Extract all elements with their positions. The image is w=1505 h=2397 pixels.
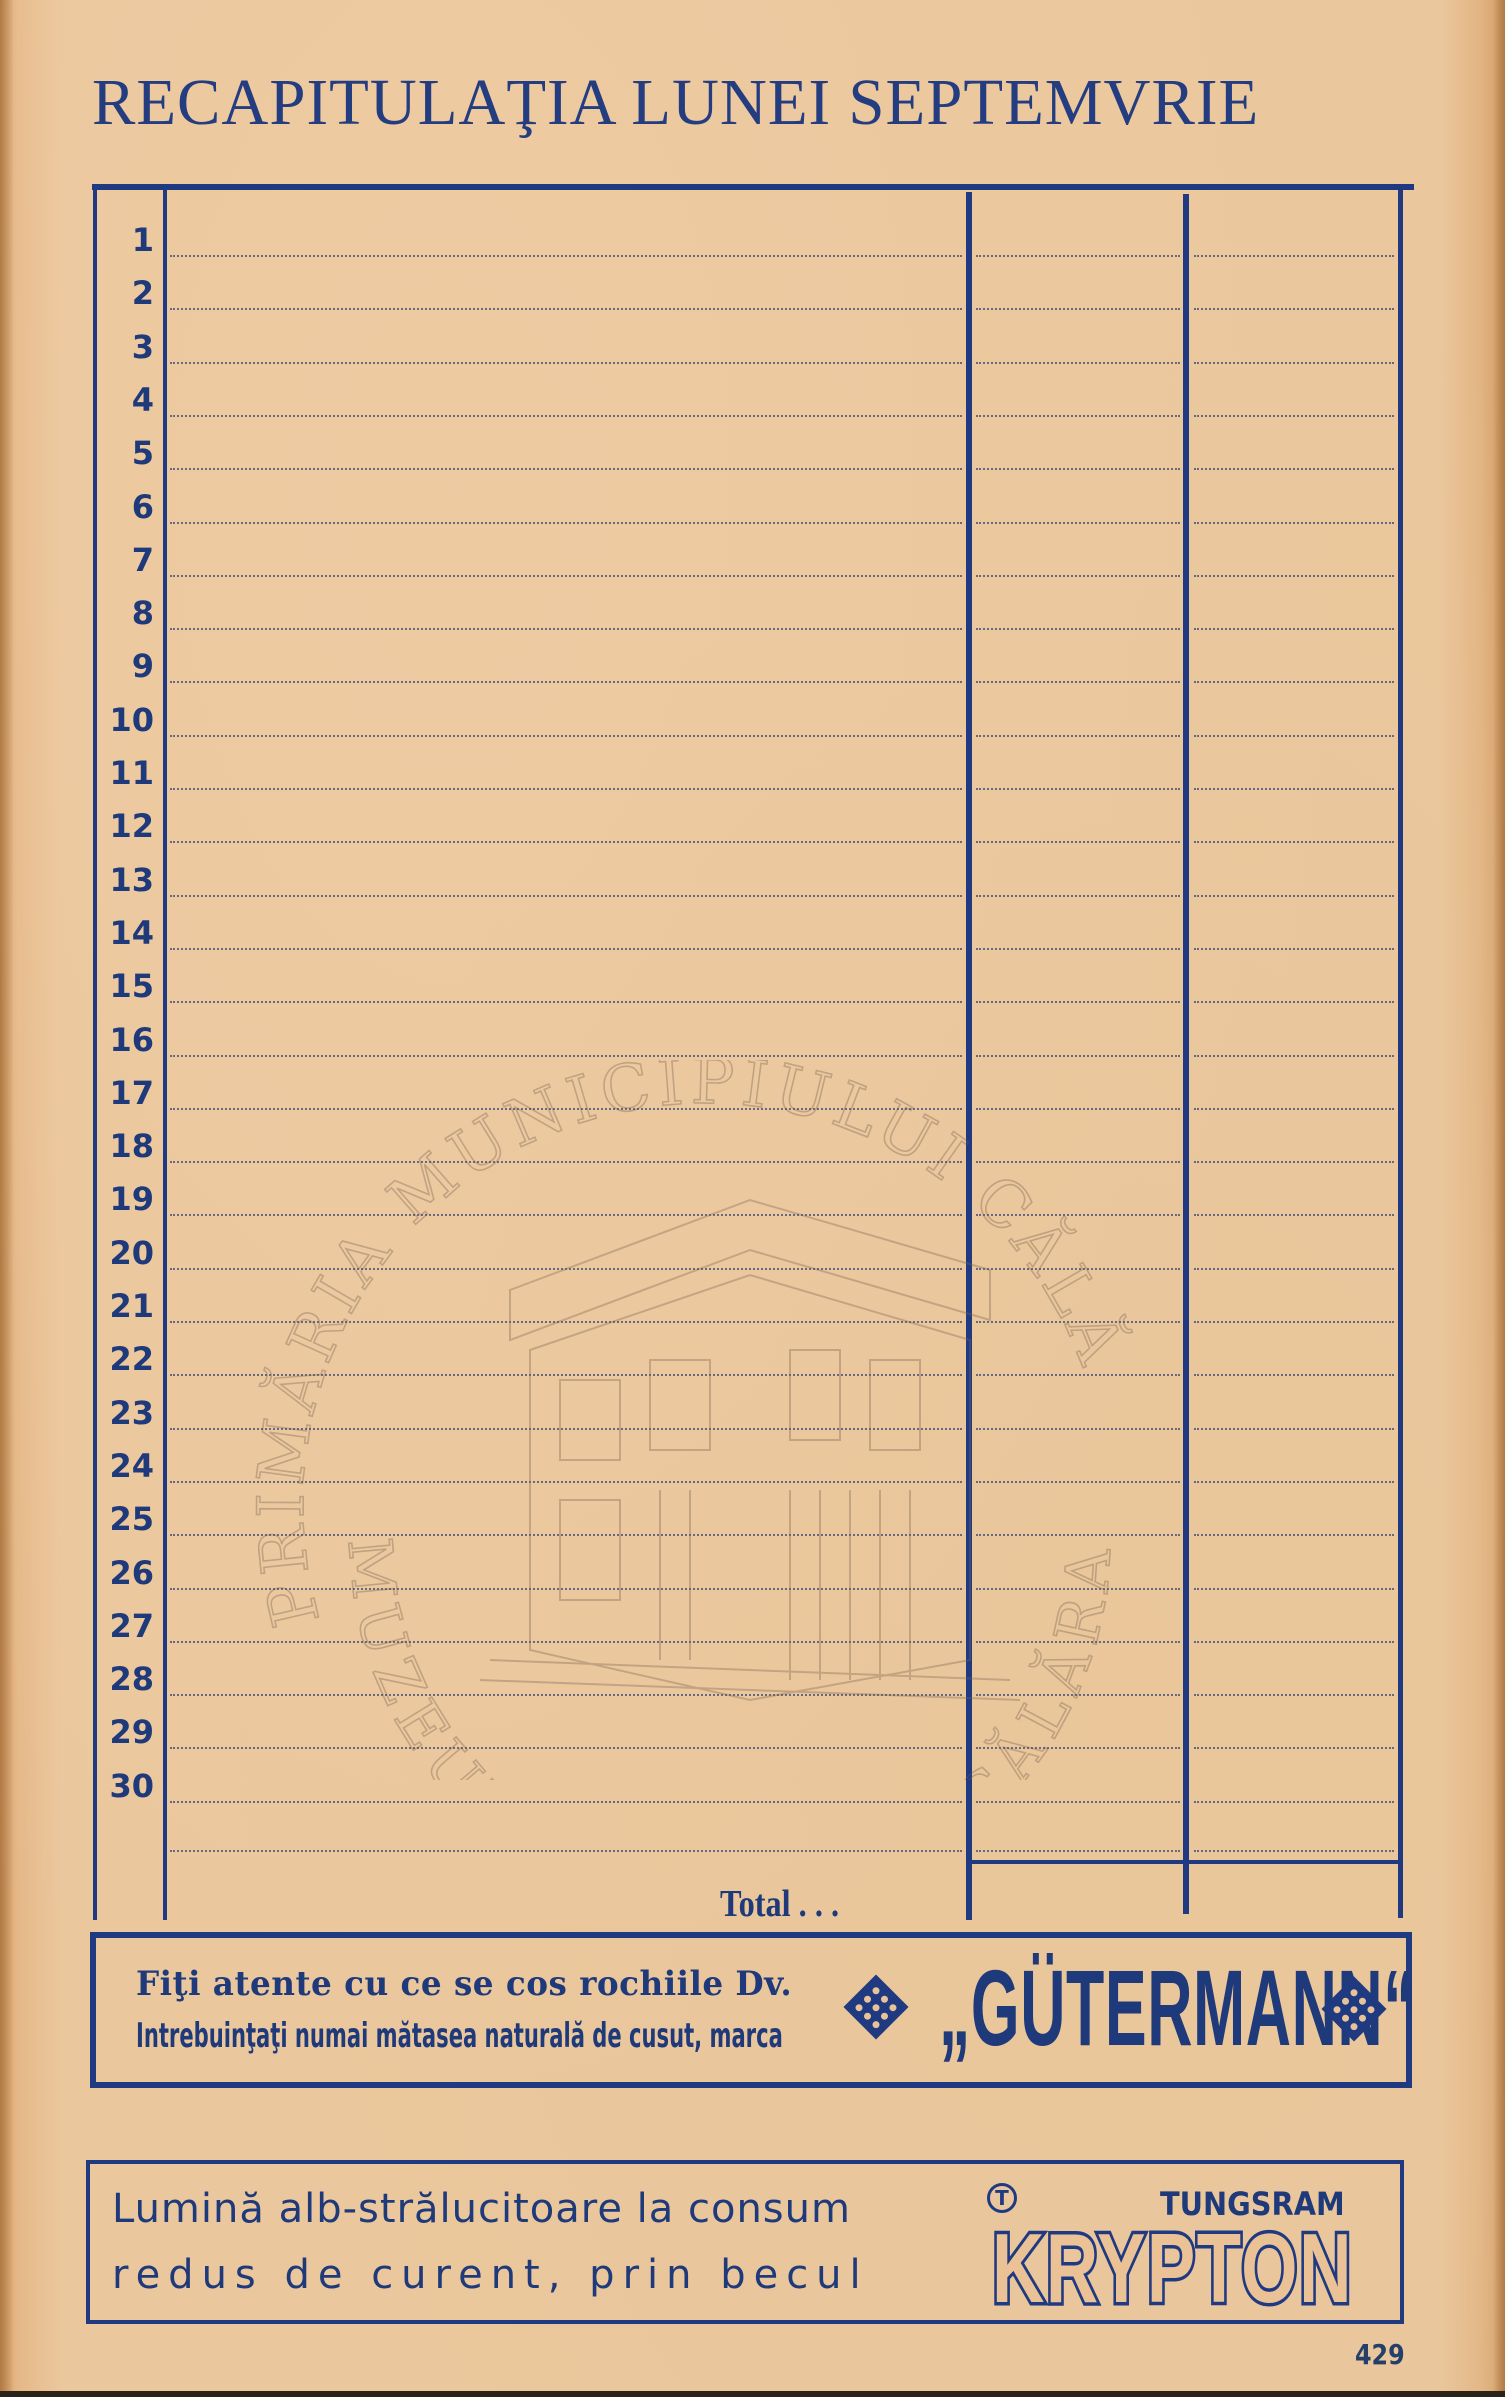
extra-entry-line[interactable] [1194, 1850, 1394, 1852]
amount-2-cell-line[interactable] [1194, 1214, 1394, 1216]
amount-2-cell-line[interactable] [1194, 1001, 1394, 1003]
row-number: 18 [96, 1128, 154, 1164]
amount-2-cell-line[interactable] [1194, 788, 1394, 790]
description-cell-line[interactable] [170, 681, 962, 683]
row-number: 6 [96, 489, 154, 525]
row-number: 11 [96, 755, 154, 791]
tungsram-logo-icon: T [987, 2183, 1017, 2213]
row-number: 7 [96, 542, 154, 578]
amount-1-cell-line[interactable] [976, 1588, 1180, 1590]
amount-2-cell-line[interactable] [1194, 735, 1394, 737]
amount-1-cell-line[interactable] [976, 735, 1180, 737]
amount-1-cell-line[interactable] [976, 1534, 1180, 1536]
description-cell-line[interactable] [170, 255, 962, 257]
description-cell-line[interactable] [170, 1214, 962, 1216]
row-number: 4 [96, 382, 154, 418]
watermark-bottom-text: MUZEUL MUNICIPAL CĂLĂRAŞI [230, 1060, 1126, 1780]
amount-2-cell-line[interactable] [1194, 1055, 1394, 1057]
amount-1-cell-line[interactable] [976, 1268, 1180, 1270]
amount-2-cell-line[interactable] [1194, 1268, 1394, 1270]
description-cell-line[interactable] [170, 1641, 962, 1643]
page-right-edge [1493, 0, 1505, 2397]
ad-line-2: Intrebuinţaţi numai mătasea naturală de … [136, 2016, 783, 2056]
amount-2-cell-line[interactable] [1194, 1534, 1394, 1536]
amount-1-cell-line[interactable] [976, 841, 1180, 843]
table-right-border [1398, 190, 1403, 1918]
row-number: 9 [96, 648, 154, 684]
amount-2-cell-line[interactable] [1194, 681, 1394, 683]
amount-1-cell-line[interactable] [976, 362, 1180, 364]
gutermann-ad: Fiţi atente cu ce se cos rochiile Dv. In… [90, 1932, 1412, 2088]
amount-2-cell-line[interactable] [1194, 255, 1394, 257]
row-number: 16 [96, 1022, 154, 1058]
row-number: 24 [96, 1448, 154, 1484]
row-number: 3 [96, 329, 154, 365]
amount-2-cell-line[interactable] [1194, 895, 1394, 897]
row-number: 29 [96, 1714, 154, 1750]
row-number: 28 [96, 1661, 154, 1697]
row-number: 19 [96, 1181, 154, 1217]
amount-1-cell-line[interactable] [976, 1161, 1180, 1163]
row-number: 22 [96, 1341, 154, 1377]
column-divider-1 [966, 192, 972, 1920]
description-cell-line[interactable] [170, 1694, 962, 1696]
table-top-border [92, 184, 1414, 190]
row-number: 5 [96, 435, 154, 471]
amount-2-cell-line[interactable] [1194, 1108, 1394, 1110]
row-number: 21 [96, 1288, 154, 1324]
ad-line-1: Fiţi atente cu ce se cos rochiile Dv. [136, 1964, 792, 2004]
amount-2-cell-line[interactable] [1194, 1694, 1394, 1696]
row-number: 30 [96, 1768, 154, 1804]
document-page: RECAPITULAŢIA LUNEI SEPTEMVRIE 123456789… [0, 0, 1505, 2397]
amount-1-cell-line[interactable] [976, 788, 1180, 790]
description-cell-line[interactable] [170, 735, 962, 737]
description-cell-line[interactable] [170, 468, 962, 470]
amount-1-cell-line[interactable] [976, 308, 1180, 310]
svg-text:PRIMĂRIA MUNICIPIULUI CĂLĂRAŞI: PRIMĂRIA MUNICIPIULUI CĂLĂRAŞI [230, 1060, 1140, 1634]
amount-2-cell-line[interactable] [1194, 415, 1394, 417]
page-title: RECAPITULAŢIA LUNEI SEPTEMVRIE [92, 68, 1397, 138]
amount-1-cell-line[interactable] [976, 628, 1180, 630]
row-number: 25 [96, 1501, 154, 1537]
extra-entry-line[interactable] [170, 1850, 962, 1852]
amount-2-cell-line[interactable] [1194, 522, 1394, 524]
amount-2-cell-line[interactable] [1194, 1374, 1394, 1376]
row-number: 14 [96, 915, 154, 951]
row-number: 1 [96, 222, 154, 258]
amount-1-cell-line[interactable] [976, 1641, 1180, 1643]
amount-1-cell-line[interactable] [976, 1321, 1180, 1323]
row-number: 17 [96, 1075, 154, 1111]
description-cell-line[interactable] [170, 1588, 962, 1590]
description-cell-line[interactable] [170, 1161, 962, 1163]
description-cell-line[interactable] [170, 1374, 962, 1376]
description-cell-line[interactable] [170, 362, 962, 364]
row-number: 8 [96, 595, 154, 631]
description-cell-line[interactable] [170, 1481, 962, 1483]
watermark-top-text: PRIMĂRIA MUNICIPIULUI CĂLĂRAŞI [230, 1060, 1140, 1634]
description-cell-line[interactable] [170, 1268, 962, 1270]
amount-2-cell-line[interactable] [1194, 362, 1394, 364]
page-number: 429 [1355, 2338, 1405, 2371]
amount-1-cell-line[interactable] [976, 1428, 1180, 1430]
column-divider-2 [1183, 194, 1189, 1914]
amount-1-cell-line[interactable] [976, 895, 1180, 897]
row-number: 27 [96, 1608, 154, 1644]
amount-2-cell-line[interactable] [1194, 308, 1394, 310]
page-bottom-edge [0, 2391, 1505, 2397]
total-label: Total . . . [720, 1882, 839, 1926]
description-cell-line[interactable] [170, 308, 962, 310]
amount-1-cell-line[interactable] [976, 948, 1180, 950]
row-number: 23 [96, 1395, 154, 1431]
row-number: 2 [96, 275, 154, 311]
description-cell-line[interactable] [170, 522, 962, 524]
description-cell-line[interactable] [170, 1001, 962, 1003]
building-icon [480, 1200, 1020, 1700]
amount-2-cell-line[interactable] [1194, 1321, 1394, 1323]
description-cell-line[interactable] [170, 1055, 962, 1057]
amount-2-cell-line[interactable] [1194, 841, 1394, 843]
amount-1-cell-line[interactable] [976, 1374, 1180, 1376]
row-number: 12 [96, 808, 154, 844]
amount-2-cell-line[interactable] [1194, 1801, 1394, 1803]
amount-1-cell-line[interactable] [976, 1801, 1180, 1803]
description-cell-line[interactable] [170, 895, 962, 897]
amount-1-cell-line[interactable] [976, 415, 1180, 417]
row-number: 10 [96, 702, 154, 738]
diamond-logo-icon [843, 1974, 908, 2039]
amount-2-cell-line[interactable] [1194, 1588, 1394, 1590]
description-cell-line[interactable] [170, 841, 962, 843]
total-separator-line [968, 1860, 1402, 1864]
ad-line-2: redus de curent, prin becul [112, 2252, 869, 2298]
description-cell-line[interactable] [170, 788, 962, 790]
description-cell-line[interactable] [170, 575, 962, 577]
amount-1-cell-line[interactable] [976, 1747, 1180, 1749]
amount-1-cell-line[interactable] [976, 1001, 1180, 1003]
row-number: 20 [96, 1235, 154, 1271]
amount-1-cell-line[interactable] [976, 1055, 1180, 1057]
description-cell-line[interactable] [170, 415, 962, 417]
description-cell-line[interactable] [170, 1108, 962, 1110]
amount-1-cell-line[interactable] [976, 681, 1180, 683]
description-cell-line[interactable] [170, 1428, 962, 1430]
museum-watermark-stamp: PRIMĂRIA MUNICIPIULUI CĂLĂRAŞI MUZEUL MU… [230, 1060, 1170, 1780]
amount-1-cell-line[interactable] [976, 468, 1180, 470]
page-left-edge [0, 0, 14, 2397]
row-number: 15 [96, 968, 154, 1004]
amount-1-cell-line[interactable] [976, 1694, 1180, 1696]
amount-1-cell-line[interactable] [976, 1214, 1180, 1216]
description-cell-line[interactable] [170, 948, 962, 950]
row-number: 26 [96, 1555, 154, 1591]
extra-entry-line[interactable] [976, 1850, 1180, 1852]
amount-2-cell-line[interactable] [1194, 1641, 1394, 1643]
amount-1-cell-line[interactable] [976, 522, 1180, 524]
amount-2-cell-line[interactable] [1194, 948, 1394, 950]
description-cell-line[interactable] [170, 1747, 962, 1749]
description-cell-line[interactable] [170, 1801, 962, 1803]
amount-2-cell-line[interactable] [1194, 1428, 1394, 1430]
amount-2-cell-line[interactable] [1194, 1161, 1394, 1163]
amount-2-cell-line[interactable] [1194, 575, 1394, 577]
amount-1-cell-line[interactable] [976, 575, 1180, 577]
ad-line-1: Lumină alb-strălucitoare la consum [112, 2186, 851, 2232]
amount-1-cell-line[interactable] [976, 255, 1180, 257]
amount-2-cell-line[interactable] [1194, 1481, 1394, 1483]
svg-text:MUZEUL MUNICIPAL CĂLĂRAŞI: MUZEUL MUNICIPAL CĂLĂRAŞI [230, 1060, 1126, 1780]
amount-1-cell-line[interactable] [976, 1108, 1180, 1110]
description-cell-line[interactable] [170, 1321, 962, 1323]
krypton-brand: KRYPTON [992, 2218, 1353, 2318]
amount-2-cell-line[interactable] [1194, 1747, 1394, 1749]
amount-2-cell-line[interactable] [1194, 628, 1394, 630]
number-column-divider [163, 190, 167, 1920]
description-cell-line[interactable] [170, 1534, 962, 1536]
description-cell-line[interactable] [170, 628, 962, 630]
amount-2-cell-line[interactable] [1194, 468, 1394, 470]
amount-1-cell-line[interactable] [976, 1481, 1180, 1483]
row-number: 13 [96, 862, 154, 898]
